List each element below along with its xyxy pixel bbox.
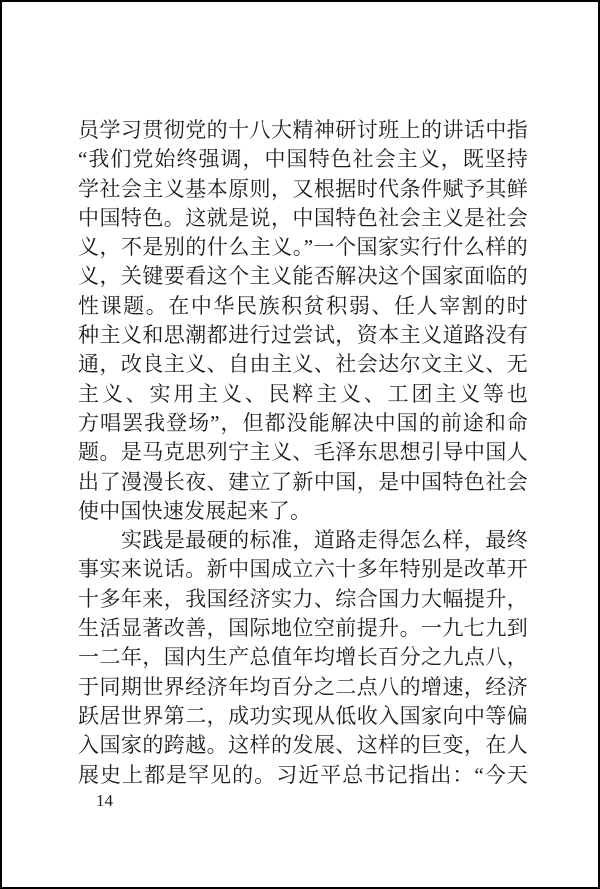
- text-line: 义，不是别的什么主义。”一个国家实行什么样的主: [78, 233, 528, 262]
- text-line: 入国家的跨越。这样的发展、这样的巨变，在人类发: [78, 731, 528, 760]
- text-line: 题。是马克思列宁主义、毛泽东思想引导中国人民走: [78, 438, 528, 467]
- text-line: 种主义和思潮都进行过尝试，资本主义道路没有走: [78, 321, 528, 350]
- text-line: 出了漫漫长夜、建立了新中国，是中国特色社会主义: [78, 468, 528, 497]
- text-line: 展史上都是罕见的。习近平总书记指出：“今天之中: [78, 761, 528, 790]
- text-line: 使中国快速发展起来了。: [78, 497, 528, 526]
- text-line: 主义、实用主义、民粹主义、工团主义等也都“你: [78, 380, 528, 409]
- text-line: 一二年，国内生产总值年均增长百分之九点八，远高: [78, 643, 528, 672]
- text-line: 性课题。在中华民族积贫积弱、任人宰割的时期，各: [78, 292, 528, 321]
- text-line: 十多年来，我国经济实力、综合国力大幅提升，人民: [78, 585, 528, 614]
- text-line: 中国特色。这就是说，中国特色社会主义是社会主: [78, 204, 528, 233]
- book-page: 员学习贯彻党的十八大精神研讨班上的讲话中指出： “我们党始终强调，中国特色社会主…: [0, 0, 600, 889]
- text-line: 义，关键要看这个主义能否解决这个国家面临的历史: [78, 262, 528, 291]
- text-line: 员学习贯彻党的十八大精神研讨班上的讲话中指出：: [78, 116, 528, 145]
- body-text: 员学习贯彻党的十八大精神研讨班上的讲话中指出： “我们党始终强调，中国特色社会主…: [78, 116, 528, 790]
- text-line: 事实来说话。新中国成立六十多年特别是改革开放三: [78, 555, 528, 584]
- text-line: 跃居世界第二，成功实现从低收入国家向中等偏上收: [78, 702, 528, 731]
- text-line: “我们党始终强调，中国特色社会主义，既坚持了科: [78, 145, 528, 174]
- text-line: 通，改良主义、自由主义、社会达尔文主义、无政府: [78, 350, 528, 379]
- text-line: 实践是最硬的标准，道路走得怎么样，最终要靠: [78, 526, 528, 555]
- text-line: 于同期世界经济年均百分之二点八的增速，经济总量: [78, 673, 528, 702]
- text-line: 方唱罢我登场”，但都没能解决中国的前途和命运问: [78, 409, 528, 438]
- text-line: 生活显著改善，国际地位空前提升。一九七九到二〇: [78, 614, 528, 643]
- page-number: 14: [96, 790, 113, 812]
- text-line: 学社会主义基本原则，又根据时代条件赋予其鲜明的: [78, 175, 528, 204]
